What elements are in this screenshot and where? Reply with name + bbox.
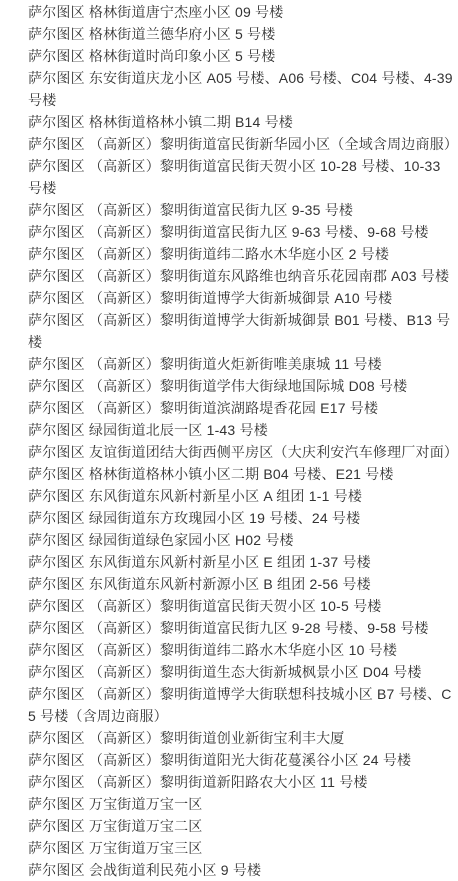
list-item: 萨尔图区 （高新区）黎明街道学伟大街绿地国际城 D08 号楼 [28,375,456,397]
list-item: 萨尔图区 （高新区）黎明街道富民街天贺小区 10-5 号楼 [28,595,456,617]
list-item: 萨尔图区 东风街道东风新村新星小区 A 组团 1-1 号楼 [28,485,456,507]
district-area-list: 萨尔图区 格林街道唐宁杰座小区 09 号楼萨尔图区 格林街道兰德华府小区 5 号… [0,0,458,881]
list-item: 萨尔图区 格林街道时尚印象小区 5 号楼 [28,45,456,67]
list-item: 萨尔图区 （高新区）黎明街道新阳路农大小区 11 号楼 [28,771,456,793]
list-item: 萨尔图区 绿园街道绿色家园小区 H02 号楼 [28,529,456,551]
list-item: 萨尔图区 东风街道东风新村新源小区 B 组团 2-56 号楼 [28,573,456,595]
list-item: 萨尔图区 （高新区）黎明街道纬二路水木华庭小区 10 号楼 [28,639,456,661]
list-item: 萨尔图区 万宝街道万宝三区 [28,837,456,859]
list-item: 萨尔图区 绿园街道东方玫瑰园小区 19 号楼、24 号楼 [28,507,456,529]
list-item: 萨尔图区 格林街道唐宁杰座小区 09 号楼 [28,1,456,23]
list-item: 萨尔图区 会战街道利民苑小区 9 号楼 [28,859,456,881]
list-item: 萨尔图区 （高新区）黎明街道富民街九区 9-35 号楼 [28,199,456,221]
list-item: 萨尔图区 （高新区）黎明街道富民街九区 9-63 号楼、9-68 号楼 [28,221,456,243]
list-item: 萨尔图区 格林街道兰德华府小区 5 号楼 [28,23,456,45]
list-item: 萨尔图区 （高新区）黎明街道生态大街新城枫景小区 D04 号楼 [28,661,456,683]
list-item: 萨尔图区 东安街道庆龙小区 A05 号楼、A06 号楼、C04 号楼、4-39 … [28,67,456,111]
list-item: 萨尔图区 （高新区）黎明街道滨湖路堤香花园 E17 号楼 [28,397,456,419]
list-item: 萨尔图区 （高新区）黎明街道博学大街联想科技城小区 B7 号楼、C5 号楼（含周… [28,683,456,727]
list-item: 萨尔图区 （高新区）黎明街道博学大街新城御景 A10 号楼 [28,287,456,309]
list-item: 萨尔图区 （高新区）黎明街道东风路维也纳音乐花园南郡 A03 号楼 [28,265,456,287]
list-item: 萨尔图区 （高新区）黎明街道创业新街宝利丰大厦 [28,727,456,749]
list-item: 萨尔图区 （高新区）黎明街道富民街九区 9-28 号楼、9-58 号楼 [28,617,456,639]
list-item: 萨尔图区 （高新区）黎明街道富民街新华园小区（全域含周边商服） [28,133,456,155]
list-item: 萨尔图区 格林街道格林小镇小区二期 B04 号楼、E21 号楼 [28,463,456,485]
list-item: 萨尔图区 万宝街道万宝二区 [28,815,456,837]
list-item: 萨尔图区 万宝街道万宝一区 [28,793,456,815]
list-item: 萨尔图区 绿园街道北辰一区 1-43 号楼 [28,419,456,441]
list-item: 萨尔图区 （高新区）黎明街道火炬新街唯美康城 11 号楼 [28,353,456,375]
list-item: 萨尔图区 东风街道东风新村新星小区 E 组团 1-37 号楼 [28,551,456,573]
list-item: 萨尔图区 （高新区）黎明街道纬二路水木华庭小区 2 号楼 [28,243,456,265]
list-item: 萨尔图区 （高新区）黎明街道博学大街新城御景 B01 号楼、B13 号楼 [28,309,456,353]
list-item: 萨尔图区 友谊街道团结大街西侧平房区（大庆利安汽车修理厂对面） [28,441,456,463]
list-item: 萨尔图区 格林街道格林小镇二期 B14 号楼 [28,111,456,133]
list-item: 萨尔图区 （高新区）黎明街道富民街天贺小区 10-28 号楼、10-33 号楼 [28,155,456,199]
list-item: 萨尔图区 （高新区）黎明街道阳光大街花蔓溪谷小区 24 号楼 [28,749,456,771]
